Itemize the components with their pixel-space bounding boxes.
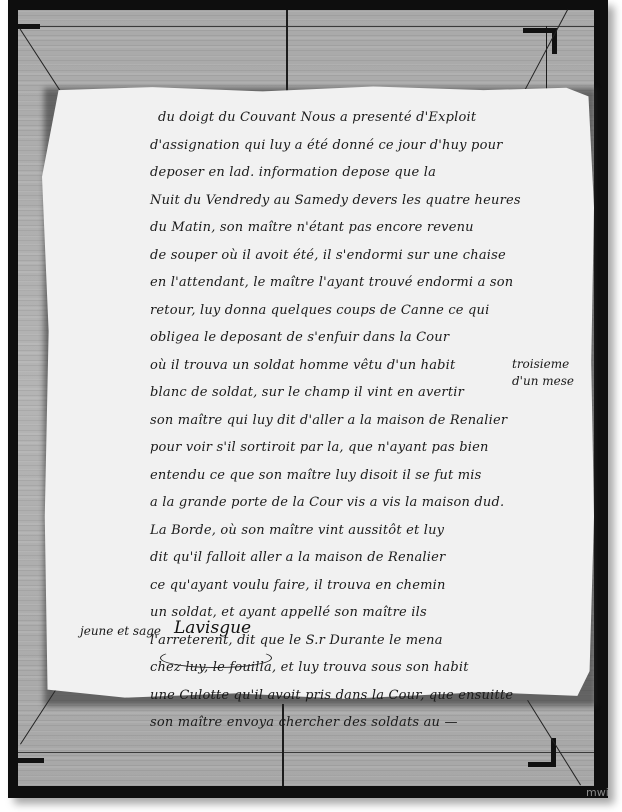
corner-bracket-tl <box>18 24 40 29</box>
manuscript-body: du doigt du Couvant Nous a presenté d'Ex… <box>150 104 510 737</box>
text-line: a la grande porte de la Cour vis a vis l… <box>150 489 510 517</box>
text-line: du doigt du Couvant Nous a presenté d'Ex… <box>150 104 510 132</box>
text-line: de souper où il avoit été, il s'endormi … <box>150 242 510 270</box>
text-line: pour voir s'il sortiroit par la, que n'a… <box>150 434 510 462</box>
text-line: retour, luy donna quelques coups de Cann… <box>150 297 510 325</box>
board-rule-bottom <box>18 752 594 753</box>
text-line: dit qu'il falloit aller a la maison de R… <box>150 544 510 572</box>
text-line: son maître qui luy dit d'aller a la mais… <box>150 407 510 435</box>
board-fold-top <box>286 10 288 92</box>
corner-strap-tl <box>19 28 60 91</box>
text-line: ce qu'ayant voulu faire, il trouva en ch… <box>150 572 510 600</box>
corner-strap-tr <box>520 10 568 99</box>
corner-strap-br <box>527 700 581 785</box>
text-line: deposer en lad. information depose que l… <box>150 159 510 187</box>
corner-bracket-bl <box>18 758 44 763</box>
signature: Lavisgue <box>174 618 251 638</box>
text-line: entendu ce que son maître luy disoit il … <box>150 462 510 490</box>
watermark-text: mwi <box>586 786 609 799</box>
text-line: une Culotte qu'il avoit pris dans la Cou… <box>150 682 510 710</box>
margin-annotation: troisieme d'un mese <box>512 356 612 390</box>
text-line: La Borde, où son maître vint aussitôt et… <box>150 517 510 545</box>
text-line: obligea le deposant de s'enfuir dans la … <box>150 324 510 352</box>
text-line: où il trouva un soldat homme vêtu d'un h… <box>150 352 510 380</box>
text-line: du Matin, son maître n'étant pas encore … <box>150 214 510 242</box>
signature-flourish <box>160 648 272 668</box>
text-line: d'assignation qui luy a été donné ce jou… <box>150 132 510 160</box>
board-rule-top <box>18 26 594 27</box>
text-line: son maître envoya chercher des soldats a… <box>150 709 510 737</box>
closing-words: jeune et sage <box>80 624 161 638</box>
board-rule-right <box>546 26 547 96</box>
text-line: blanc de soldat, sur le champ il vint en… <box>150 379 510 407</box>
text-line: Nuit du Vendredy au Samedy devers les qu… <box>150 187 510 215</box>
text-line: en l'attendant, le maître l'ayant trouvé… <box>150 269 510 297</box>
